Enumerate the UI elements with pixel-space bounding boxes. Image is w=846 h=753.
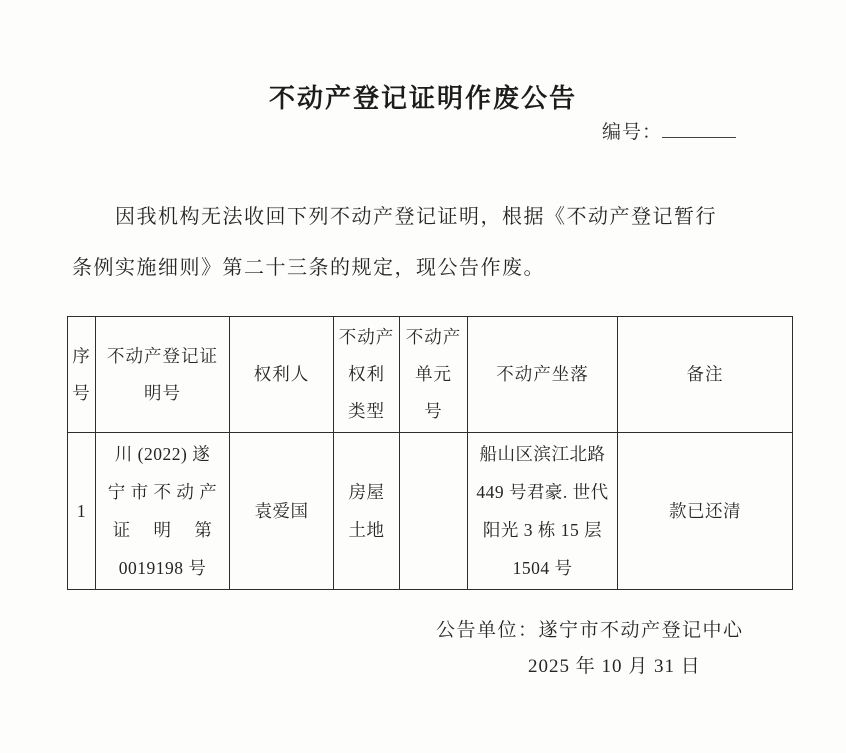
col-header-unit-no: 不动产 单元 号 <box>400 317 468 433</box>
col-header-holder: 权利人 <box>230 317 334 433</box>
footer-announcing-unit: 公告单位：遂宁市不动产登记中心 <box>436 615 744 642</box>
serial-number-label: 编号： <box>602 122 662 143</box>
cell-unit-no <box>400 433 468 590</box>
col-header-seq: 序 号 <box>68 317 96 433</box>
col-header-location: 不动产坐落 <box>468 317 618 433</box>
cell-seq: 1 <box>68 433 96 590</box>
page-title: 不动产登记证明作废公告 <box>0 78 846 115</box>
cell-cert-no: 川 (2022) 遂 宁 市 不 动 产 证 明 第 0019198 号 <box>96 433 230 590</box>
col-header-right-type: 不动产 权利 类型 <box>334 317 400 433</box>
cell-right-type: 房屋 土地 <box>334 433 400 590</box>
serial-number-blank-line <box>662 117 736 138</box>
serial-number-row: 编号： <box>602 117 736 144</box>
col-header-remark: 备注 <box>618 317 793 433</box>
table-row: 1 川 (2022) 遂 宁 市 不 动 产 证 明 第 0019198 号 袁… <box>68 433 793 590</box>
cell-holder: 袁爱国 <box>230 433 334 590</box>
footer-date: 2025 年 10 月 31 日 <box>528 651 701 678</box>
certificates-table: 序 号 不动产登记证 明号 权利人 不动产 权利 类型 不动产 单元 号 不动产… <box>67 316 793 590</box>
cell-location: 船山区滨江北路 449 号君豪. 世代 阳光 3 栋 15 层 1504 号 <box>468 433 618 590</box>
col-header-cert-no: 不动产登记证 明号 <box>96 317 230 433</box>
document-page: 不动产登记证明作废公告 编号： 因我机构无法收回下列不动产登记证明，根据《不动产… <box>0 0 846 753</box>
cell-remark: 款已还清 <box>618 433 793 590</box>
notice-paragraph: 因我机构无法收回下列不动产登记证明，根据《不动产登记暂行 条例实施细则》第二十三… <box>72 192 754 294</box>
table-header-row: 序 号 不动产登记证 明号 权利人 不动产 权利 类型 不动产 单元 号 不动产… <box>68 317 793 433</box>
